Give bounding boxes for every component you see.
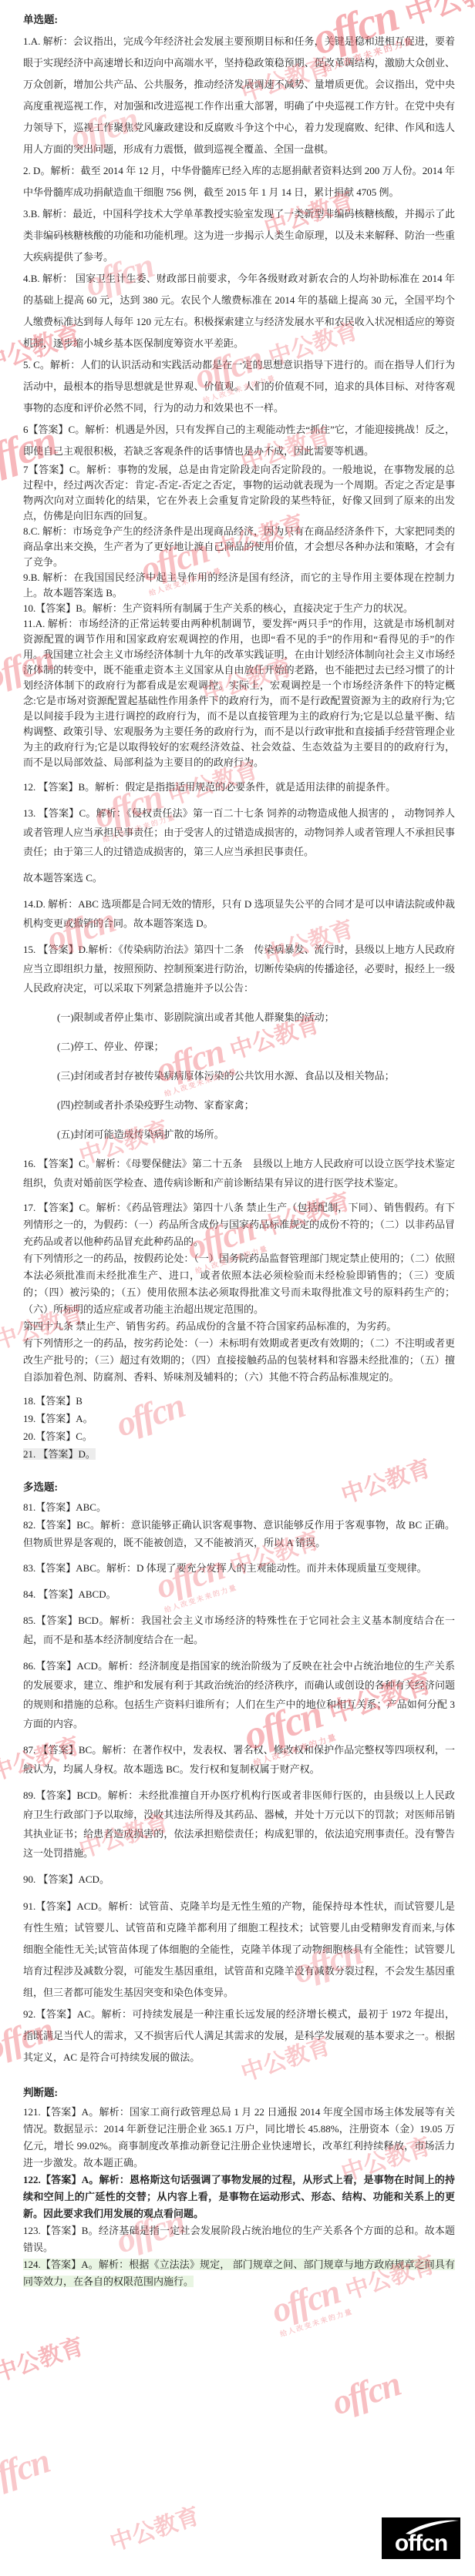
paragraph-text: 82.【答案】BC。解析：意识能够正确认识客观事物、意识能够反作用于客观事物，故… (23, 1519, 455, 1548)
brand-watermark: 中公教育 (97, 2497, 203, 2560)
watermark-cn-text: 中公教育 (107, 2504, 203, 2556)
paragraph: 91.【答案】ACD。解析：试管苗、克隆羊均是无性生殖的产物，能保持母本性状，而… (23, 1896, 455, 2004)
offcn-logo-text: offcn (382, 2531, 460, 2557)
watermark-brand-text: offcn (327, 2364, 404, 2423)
brand-watermark: offcn (327, 2363, 405, 2423)
paragraph-text: 15. 【答案】D.解析：《传染病防治法》第四十二条 传染病暴发、流行时，县级以… (23, 944, 455, 994)
paragraph-text: 16. 【答案】C。解析：《母婴保健法》第二十五条 县级以上地方人民政府可以设立… (23, 1158, 455, 1189)
paragraph: 21. 【答案】D。 (23, 1445, 455, 1463)
paragraph: 81.【答案】ABC。 (23, 1498, 455, 1516)
offcn-logo: offcn (382, 2517, 460, 2559)
paragraph: 10.【答案】B。解析：生产资料所有制属于生产关系的核心，直接决定于生产力的状况… (23, 601, 455, 616)
paragraph: 4.B. 解析： 国家卫生计生委、财政部日前要求，今年各级财政对新农合的人均补助… (23, 268, 455, 354)
paragraph: 8.C. 解析：市场竞争产生的经济条件是出现商品经济，因为只有在商品经济条件下，… (23, 524, 455, 570)
paragraph: 9.B. 解析：在我国国民经济中起主导作用的经济是国有经济，而它的主导作用主要体… (23, 570, 455, 601)
paragraph: 124.【答案】A。解析：根据《立法法》规定， 部门规章之间、部门规章与地方政府… (23, 2256, 455, 2290)
paragraph-text: 90. 【答案】ACD。 (23, 1873, 109, 1885)
section-1: 多选题:81.【答案】ABC。82.【答案】BC。解析：意识能够正确认识客观事物… (23, 1477, 455, 2068)
paragraph-text: 12. 【答案】B。解析：假定是指指适用规范的必要条件，就是适用法律的前提条件。 (23, 781, 396, 793)
paragraph-text: 20.【答案】C。 (23, 1431, 93, 1442)
document-page: 单选题:1.A. 解析：会议指出，完成今年经济社会发展主要预期目标和任务，关键是… (0, 0, 475, 2576)
paragraph-text: 7【答案】C。解析：事物的发展，总是由肯定阶段走向否定阶段的。一般地说，在事物发… (23, 464, 455, 522)
paragraph-text: 故本题答案选 C。 (23, 872, 103, 884)
watermark-cn-text: 中公教育 (0, 2334, 87, 2386)
paragraph-text: 91.【答案】ACD。解析：试管苗、克隆羊均是无性生殖的产物，能保持母本性状，而… (23, 1900, 455, 1998)
paragraph: 92.【答案】AC。解析：可持续发展是一种注重长远发展的经济增长模式，最初于 1… (23, 2004, 455, 2068)
paragraph: 19.【答案】A。 (23, 1410, 455, 1427)
paragraph-text: 有下列情形之一的药品，按劣药论处：（一）未标明有效期或者更改有效期的；（二）不注… (23, 1337, 455, 1383)
paragraph-text: 有下列情形之一的药品，按假药论处：（一）国务院药品监督管理部门规定禁止使用的；（… (23, 1253, 455, 1315)
paragraph: (二)停工、停业、停课； (23, 1037, 455, 1056)
paragraph-text: 8.C. 解析：市场竞争产生的经济条件是出现商品经济，因为只有在商品经济条件下，… (23, 525, 455, 568)
paragraph: 2. D。解析：截至 2014 年 12 月，中华骨髓库已经入库的志愿捐献者资料… (23, 160, 455, 203)
paragraph-text: (三)封闭或者封存被传染病病原体污染的公共饮用水源、食品以及相关物品； (57, 1070, 395, 1082)
paragraph: (一)限制或者停止集市、影剧院演出或者其他人群聚集的活动； (23, 1008, 455, 1027)
paragraph-text: 4.B. 解析： 国家卫生计生委、财政部日前要求，今年各级财政对新农合的人均补助… (23, 273, 455, 349)
paragraph: 17. 【答案】C。解析：《药品管理法》第四十八条 禁止生产（包括配制，下同）、… (23, 1199, 455, 1250)
paragraph-text: 122.【答案】A。解析：恩格斯这句话强调了事物发展的过程，从形式上看，是事物在… (23, 2174, 455, 2219)
paragraph: 11.A. 解析：市场经济的正常运转要由两种机制调节，要发挥“两只手”的作用，这… (23, 616, 455, 770)
document-content: 单选题:1.A. 解析：会议指出，完成今年经济社会发展主要预期目标和任务，关键是… (23, 9, 455, 2290)
paragraph-text: 3.B. 解析：最近，中国科学技术大学单革教授实验室发现了一类新型非编码核糖核酸… (23, 208, 455, 263)
paragraph-text: 83.【答案】ABC。解析：D 体现了要充分发挥人的主观能动性。而并未体现质量互… (23, 1562, 427, 1574)
brand-watermark: offcn (0, 2440, 54, 2501)
paragraph-text: (二)停工、停业、停课； (57, 1041, 164, 1052)
paragraph: (五)封闭可能造成传染病扩散的场所。 (23, 1125, 455, 1144)
paragraph: 82.【答案】BC。解析：意识能够正确认识客观事物、意识能够反作用于客观事物，故… (23, 1516, 455, 1551)
paragraph-text: 121.【答案】A。解析：国家工商行政管理总局 1 月 22 日通报 2014 … (23, 2106, 455, 2168)
paragraph: 90. 【答案】ACD。 (23, 1870, 455, 1889)
paragraph-text: (四)控制或者扑杀染疫野生动物、家畜家禽； (57, 1099, 254, 1111)
paragraph: 123.【答案】B。经济基础是指一定社会发展阶段占统治地位的生产关系各个方面的总… (23, 2222, 455, 2256)
section-2: 判断题:121.【答案】A。解析：国家工商行政管理总局 1 月 22 日通报 2… (23, 2082, 455, 2290)
paragraph-text: 89.【答案】BCD。解析：未经批准擅自开办医疗机构行医或者非医师行医的，由县级… (23, 1789, 455, 1859)
paragraph: 1.A. 解析：会议指出，完成今年经济社会发展主要预期目标和任务，关键是稳和进相… (23, 31, 455, 160)
paragraph-text: 1.A. 解析：会议指出，完成今年经济社会发展主要预期目标和任务，关键是稳和进相… (23, 35, 455, 155)
paragraph-text: (一)限制或者停止集市、影剧院演出或者其他人群聚集的活动； (57, 1011, 335, 1023)
paragraph: 12. 【答案】B。解析：假定是指指适用规范的必要条件，就是适用法律的前提条件。 (23, 777, 455, 797)
paragraph: 6【答案】C。解析：机遇是外因，只有发挥自己的主观能动性去“抓住”它，才能迎接挑… (23, 419, 455, 462)
paragraph: 18.【答案】B (23, 1392, 455, 1410)
paragraph-text: 9.B. 解析：在我国国民经济中起主导作用的经济是国有经济，而它的主导作用主要体… (23, 572, 455, 599)
paragraph: 7【答案】C。解析：事物的发展，总是由肯定阶段走向否定阶段的。一般地说，在事物发… (23, 462, 455, 524)
paragraph-text: 85.【答案】BCD。解析：我国社会主义市场经济的特殊性在于它同社会主义基本制度… (23, 1615, 455, 1645)
paragraph-text: (五)封闭可能造成传染病扩散的场所。 (57, 1129, 224, 1140)
paragraph-text: 5. C。解析：人们的认识活动和实践活动都是在一定的思想意识指导下进行的。而在指… (23, 359, 455, 414)
paragraph: 87. 【答案】BC。解析：在著作权中，发表权、署名权、修改权和保护作品完整权等… (23, 1740, 455, 1779)
paragraph-text: 17. 【答案】C。解析：《药品管理法》第四十八条 禁止生产（包括配制，下同）、… (23, 1202, 455, 1247)
paragraph: 3.B. 解析：最近，中国科学技术大学单革教授实验室发现了一类新型非编码核糖核酸… (23, 203, 455, 268)
paragraph: 故本题答案选 C。 (23, 868, 455, 887)
section-0: 单选题:1.A. 解析：会议指出，完成今年经济社会发展主要预期目标和任务，关键是… (23, 9, 455, 1463)
paragraph-text: 21. 【答案】D。 (23, 1448, 96, 1460)
paragraph-text: 123.【答案】B。经济基础是指一定社会发展阶段占统治地位的生产关系各个方面的总… (23, 2225, 455, 2253)
section-title: 判断题: (23, 2082, 455, 2104)
paragraph: 20.【答案】C。 (23, 1427, 455, 1445)
paragraph-text: 10.【答案】B。解析：生产资料所有制属于生产关系的核心，直接决定于生产力的状况… (23, 602, 413, 614)
paragraph-text: 84. 【答案】ABCD。 (23, 1588, 116, 1600)
paragraph: 15. 【答案】D.解析：《传染病防治法》第四十二条 传染病暴发、流行时，县级以… (23, 940, 455, 998)
paragraph: 14.D. 解析：ABC 选项都是合同无效的情形，只有 D 选项显失公平的合同才… (23, 894, 455, 933)
paragraph: 16. 【答案】C。解析：《母婴保健法》第二十五条 县级以上地方人民政府可以设立… (23, 1154, 455, 1192)
paragraph-text: 18.【答案】B (23, 1395, 83, 1407)
paragraph: 121.【答案】A。解析：国家工商行政管理总局 1 月 22 日通报 2014 … (23, 2104, 455, 2172)
section-title: 单选题: (23, 9, 455, 31)
paragraph-text: 2. D。解析：截至 2014 年 12 月，中华骨髓库已经入库的志愿捐献者资料… (23, 165, 455, 198)
paragraph-text: 87. 【答案】BC。解析：在著作权中，发表权、署名权、修改权和保护作品完整权等… (23, 1744, 455, 1775)
paragraph-text: 86.【答案】ACD。解析：经济制度是指国家的统治阶级为了反映在社会中占统治地位… (23, 1660, 455, 1729)
brand-watermark: 中公教育 (0, 2327, 88, 2390)
paragraph-text: 19.【答案】A。 (23, 1413, 93, 1424)
paragraph-text: 11.A. 解析：市场经济的正常运转要由两种机制调节，要发挥“两只手”的作用，这… (23, 618, 455, 768)
paragraph: 有下列情形之一的药品，按劣药论处：（一）未标明有效期或者更改有效期的；（二）不注… (23, 1335, 455, 1386)
paragraph: 有下列情形之一的药品，按假药论处：（一）国务院药品监督管理部门规定禁止使用的；（… (23, 1250, 455, 1318)
section-title: 多选题: (23, 1477, 455, 1498)
paragraph: 第四十九条 禁止生产、销售劣药。药品成份的含量不符合国家药品标准的，为劣药。 (23, 1318, 455, 1335)
paragraph: (四)控制或者扑杀染疫野生动物、家畜家禽； (23, 1095, 455, 1115)
paragraph: 85.【答案】BCD。解析：我国社会主义市场经济的特殊性在于它同社会主义基本制度… (23, 1611, 455, 1649)
paragraph: 84. 【答案】ABCD。 (23, 1585, 455, 1604)
paragraph: 89.【答案】BCD。解析：未经批准擅自开办医疗机构行医或者非医师行医的，由县级… (23, 1786, 455, 1863)
paragraph-text: 14.D. 解析：ABC 选项都是合同无效的情形，只有 D 选项显失公平的合同才… (23, 898, 455, 929)
paragraph-text: 124.【答案】A。解析：根据《立法法》规定， 部门规章之间、部门规章与地方政府… (23, 2259, 455, 2287)
paragraph-text: 第四十九条 禁止生产、销售劣药。药品成份的含量不符合国家药品标准的，为劣药。 (23, 1320, 396, 1332)
paragraph: 83.【答案】ABC。解析：D 体现了要充分发挥人的主观能动性。而并未体现质量互… (23, 1558, 455, 1578)
paragraph-text: 81.【答案】ABC。 (23, 1501, 106, 1513)
paragraph: (三)封闭或者封存被传染病病原体污染的公共饮用水源、食品以及相关物品； (23, 1066, 455, 1085)
watermark-brand-text: offcn (0, 2441, 54, 2500)
paragraph-text: 13. 【答案】C。解析：《侵权责任法》第一百二十七条 饲养的动物造成他人损害的… (23, 807, 455, 857)
paragraph-text: 6【答案】C。解析：机遇是外因，只有发挥自己的主观能动性去“抓住”它，才能迎接挑… (23, 424, 455, 457)
paragraph: 122.【答案】A。解析：恩格斯这句话强调了事物发展的过程，从形式上看，是事物在… (23, 2172, 455, 2222)
paragraph-text: 92.【答案】AC。解析：可持续发展是一种注重长远发展的经济增长模式，最初于 1… (23, 2008, 455, 2063)
paragraph: 86.【答案】ACD。解析：经济制度是指国家的统治阶级为了反映在社会中占统治地位… (23, 1656, 455, 1733)
paragraph: 5. C。解析：人们的认识活动和实践活动都是在一定的思想意识指导下进行的。而在指… (23, 354, 455, 419)
paragraph: 13. 【答案】C。解析：《侵权责任法》第一百二十七条 饲养的动物造成他人损害的… (23, 803, 455, 861)
